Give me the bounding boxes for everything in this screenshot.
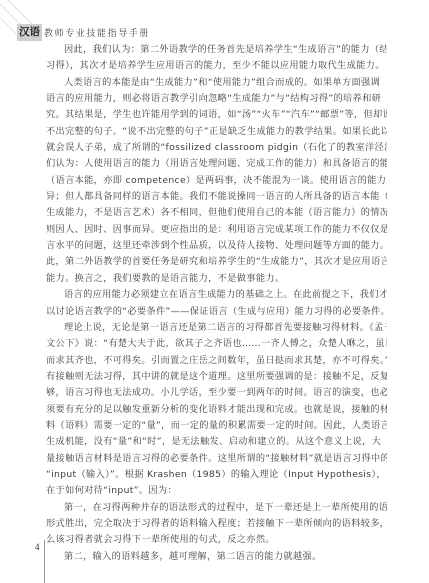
text-line: 第一，在习得两种并存的语法形式的过程中，是下一辈还是上一辈所使用的语法 <box>46 500 387 516</box>
text-line: 料（语料）需要一定的“量”，而一定的量的积累需要一定的时间。因此，人类语言的 <box>46 418 387 434</box>
text-line: 生成机能，没有“量”和“时”，是无法触发、启动和建立的。从这个意义上说，大 <box>46 434 387 450</box>
text-line: 语言的应用能力，则必将语言教学引向忽略“生成能力”与“结构习得”的培养和研 <box>46 91 387 107</box>
text-line: 则因人、因时、因事而异。更应指出的是：利用语言完成某项工作的能力不仅仅是语 <box>46 222 387 238</box>
text-line: 不出完整的句子。“说不出完整的句子”正是缺乏生成能力的教学结果。如果长此以往， <box>46 124 387 140</box>
text-line: 第二，输入的语料越多，越可理解，第二语言的能力就越强。 <box>46 549 387 565</box>
text-line: 们认为：人使用语言的能力（用语言处理问题、完成工作的能力）和具备语言的能力 <box>46 156 387 172</box>
text-line: 究。其结果是，学生也许能用学到的词语，如“汤”“火车”“汽车”“邮票”等，但却说 <box>46 107 387 123</box>
text-line: 文公下》说：“有楚大夫于此，欲其子之齐语也……一齐人傅之，众楚人咻之，虽日挞 <box>46 336 387 352</box>
text-line: 习得），其次才是培养学生应用语言的能力，至少不能以应用能力取代生成能力。 <box>46 58 387 74</box>
text-line: 异；但人都具备同样的语言本能。我们不能说操同一语言的人所具备的语言本能（指 <box>46 189 387 205</box>
text-line: 么该习得者就会习得下一辈所使用的句式，反之亦然。 <box>46 532 387 548</box>
text-line: 语言的应用能力必须建立在语言生成能力的基础之上。在此前提之下，我们才可 <box>46 287 387 303</box>
text-line: 以讨论语言教学的“必要条件”——保证语言（生成与应用）能力习得的必要条件。 <box>46 304 387 320</box>
text-line: 生成能力，不是语言艺术）各不相同，但他们使用自己的本能（语言能力）的情况， <box>46 205 387 221</box>
text-line: （语言本能，亦即 competence）是两码事，决不能混为一谈。使用语言的能力… <box>46 173 387 189</box>
text-line: 而求其齐也，不可得矣。引而置之庄岳之间数年，虽日挞而求其楚，亦不可得矣。”没 <box>46 353 387 369</box>
text-line: 有接触则无法习得，其中讲的就是这个道理。这里所要强调的是：接触不足，反复不 <box>46 369 387 385</box>
text-line: 形式胜出，完全取决于习得者的语料输入程度；若接触下一辈所倾向的语料较多，那 <box>46 516 387 532</box>
footer-rule <box>44 540 45 583</box>
page-body: 因此，我们认为：第二外语教学的任务首先是培养学生“生成语言”的能力（结构的习得）… <box>46 42 387 565</box>
header-badge: 汉语 <box>17 24 42 41</box>
text-line: 须要有充分的足以触发重新分析的变化语料才能出现和完成。也就是说，接触的材 <box>46 402 387 418</box>
header-title: 教师专业技能指导手册 <box>44 26 150 39</box>
page-number: 4 <box>35 542 40 552</box>
text-line: 人类语言的本能是由“生成能力”和“使用能力”组合而成的。如果单方面强调 <box>46 75 387 91</box>
text-line: 量接触语言材料是语言习得的必要条件。这里所谓的“接触材料”就是语言习得中的 <box>46 451 387 467</box>
text-line: 够，语言习得也无法成功。小儿学话，至少要一到两年的时间。语言的演变，也必 <box>46 385 387 401</box>
text-line: 能力。换言之，我们要教的是语言能力，不是做事能力。 <box>46 271 387 287</box>
text-line: 在于如何对待“input”。因为： <box>46 483 387 499</box>
text-line: 言水平的问题，这里还牵涉到个性品质，以及待人接物、处理问题等方面的能力。因 <box>46 238 387 254</box>
text-line: 就会误人子弟，成了所谓的“fossilized classroom pidgin… <box>46 140 387 156</box>
running-header: 汉语 教师专业技能指导手册 <box>17 24 150 41</box>
text-line: 因此，我们认为：第二外语教学的任务首先是培养学生“生成语言”的能力（结构的 <box>46 42 387 58</box>
text-line: “input（输入）”。根据 Krashen（1985）的输入理论（Input … <box>46 467 387 483</box>
text-line: 此，第二外语教学的首要任务是研究和培养学生的“生成能力”，其次才是应用语言的 <box>46 254 387 270</box>
text-line: 理论上说，无论是第一语言还是第二语言的习得都首先要接触习得材料。《孟子·滕 <box>46 320 387 336</box>
